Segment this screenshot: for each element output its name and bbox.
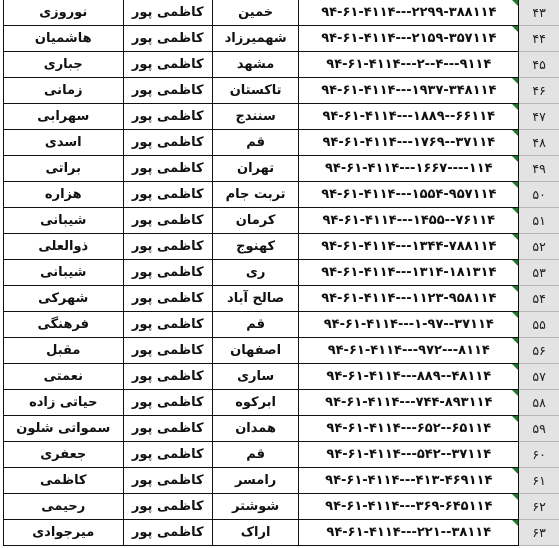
row-number-header[interactable]: ۴۳: [519, 0, 559, 26]
row-number-header[interactable]: ۴۴: [519, 26, 559, 52]
family-name-cell[interactable]: براتی: [4, 156, 124, 182]
table-row: نوروزی کاظمی پور خمین ۹۴-۶۱-۴۱۱۴---۲۲۹۹-…: [4, 0, 559, 26]
row-number-header[interactable]: ۴۷: [519, 104, 559, 130]
code-cell[interactable]: ۹۴-۶۱-۴۱۱۴---۲۲۹۹-۳۸۸۱۱۴: [299, 0, 519, 26]
city-cell[interactable]: تربت جام: [212, 182, 298, 208]
row-number-header[interactable]: ۵۹: [519, 416, 559, 442]
city-cell[interactable]: قم: [212, 442, 298, 468]
table-row: شیبانی کاظمی پور کرمان ۹۴-۶۱-۴۱۱۴---۱۴۵۵…: [4, 208, 559, 234]
city-cell[interactable]: اراک: [212, 520, 298, 546]
table-row: سمواتی شلون کاظمی پور همدان ۹۴-۶۱-۴۱۱۴--…: [4, 416, 559, 442]
surname-cell[interactable]: کاظمی پور: [123, 234, 212, 260]
error-indicator-triangle-icon: [512, 156, 518, 162]
row-number-header[interactable]: ۵۳: [519, 260, 559, 286]
table-row: میرجوادی کاظمی پور اراک ۹۴-۶۱-۴۱۱۴---۲۲۱…: [4, 520, 559, 546]
family-name-cell[interactable]: شیبانی: [4, 260, 124, 286]
row-number-header[interactable]: ۴۸: [519, 130, 559, 156]
error-indicator-triangle-icon: [512, 364, 518, 370]
surname-cell[interactable]: کاظمی پور: [123, 442, 212, 468]
surname-cell[interactable]: کاظمی پور: [123, 520, 212, 546]
family-name-cell[interactable]: حیاتی زاده: [4, 390, 124, 416]
row-number-header[interactable]: ۵۴: [519, 286, 559, 312]
table-row: هزاره کاظمی پور تربت جام ۹۴-۶۱-۴۱۱۴---۱۵…: [4, 182, 559, 208]
table-row: اسدی کاظمی پور قم ۹۴-۶۱-۴۱۱۴---۱۷۶۹--۳۷۱…: [4, 130, 559, 156]
table-row: کاظمی کاظمی پور رامسر ۹۴-۶۱-۴۱۱۴---۴۱۳-۴…: [4, 468, 559, 494]
error-indicator-triangle-icon: [512, 520, 518, 526]
table-row: شهرکی کاظمی پور صالح آباد ۹۴-۶۱-۴۱۱۴---۱…: [4, 286, 559, 312]
code-cell[interactable]: ۹۴-۶۱-۴۱۱۴---۱۱۲۳-۹۵۸۱۱۴: [299, 286, 519, 312]
table-row: سهرابی کاظمی پور سنندج ۹۴-۶۱-۴۱۱۴---۱۸۸۹…: [4, 104, 559, 130]
code-cell[interactable]: ۹۴-۶۱-۴۱۱۴---۱۹۳۷-۳۴۸۱۱۴: [299, 78, 519, 104]
code-cell[interactable]: ۹۴-۶۱-۴۱۱۴---۸۸۹--۴۸۱۱۴: [299, 364, 519, 390]
row-number-header[interactable]: ۵۰: [519, 182, 559, 208]
row-number-header[interactable]: ۶۳: [519, 520, 559, 546]
row-number-header[interactable]: ۵۶: [519, 338, 559, 364]
surname-cell[interactable]: کاظمی پور: [123, 130, 212, 156]
code-cell[interactable]: ۹۴-۶۱-۴۱۱۴---۱۴۵۵--۷۶۱۱۴: [299, 208, 519, 234]
table-row: مقبل کاظمی پور اصفهان ۹۴-۶۱-۴۱۱۴---۹۷۲--…: [4, 338, 559, 364]
table-row: جعفری کاظمی پور قم ۹۴-۶۱-۴۱۱۴---۵۴۲--۳۷۱…: [4, 442, 559, 468]
code-cell[interactable]: ۹۴-۶۱-۴۱۱۴---۲۱۵۹-۳۵۷۱۱۴: [299, 26, 519, 52]
surname-cell[interactable]: کاظمی پور: [123, 390, 212, 416]
family-name-cell[interactable]: سمواتی شلون: [4, 416, 124, 442]
city-cell[interactable]: سنندج: [212, 104, 298, 130]
row-number-header[interactable]: ۴۶: [519, 78, 559, 104]
family-name-cell[interactable]: نعمتی: [4, 364, 124, 390]
family-name-cell[interactable]: شهرکی: [4, 286, 124, 312]
row-number-header[interactable]: ۵۷: [519, 364, 559, 390]
error-indicator-triangle-icon: [512, 390, 518, 396]
code-cell[interactable]: ۹۴-۶۱-۴۱۱۴---۱۷۶۹--۳۷۱۱۴: [299, 130, 519, 156]
family-name-cell[interactable]: رحیمی: [4, 494, 124, 520]
row-number-header[interactable]: ۶۱: [519, 468, 559, 494]
family-name-cell[interactable]: هزاره: [4, 182, 124, 208]
city-cell[interactable]: کهنوج: [212, 234, 298, 260]
code-cell[interactable]: ۹۴-۶۱-۴۱۱۴---۴۱۳-۴۶۹۱۱۴: [299, 468, 519, 494]
city-cell[interactable]: شهمیرزاد: [212, 26, 298, 52]
spreadsheet-table: نوروزی کاظمی پور خمین ۹۴-۶۱-۴۱۱۴---۲۲۹۹-…: [3, 0, 559, 546]
error-indicator-triangle-icon: [512, 494, 518, 500]
table-row: جباری کاظمی پور مشهد ۹۴-۶۱-۴۱۱۴---۲--۴--…: [4, 52, 559, 78]
row-number-header[interactable]: ۴۹: [519, 156, 559, 182]
code-cell[interactable]: ۹۴-۶۱-۴۱۱۴---۱۶۶۷----۱۱۴: [299, 156, 519, 182]
city-cell[interactable]: شوشتر: [212, 494, 298, 520]
code-cell[interactable]: ۹۴-۶۱-۴۱۱۴---۲۲۱--۳۸۱۱۴: [299, 520, 519, 546]
family-name-cell[interactable]: شیبانی: [4, 208, 124, 234]
surname-cell[interactable]: کاظمی پور: [123, 364, 212, 390]
table-row: هاشمیان کاظمی پور شهمیرزاد ۹۴-۶۱-۴۱۱۴---…: [4, 26, 559, 52]
city-cell[interactable]: ری: [212, 260, 298, 286]
code-cell[interactable]: ۹۴-۶۱-۴۱۱۴---۱۵۵۴-۹۵۷۱۱۴: [299, 182, 519, 208]
code-cell[interactable]: ۹۴-۶۱-۴۱۱۴---۹۷۲---۸۱۱۴: [299, 338, 519, 364]
table-row: حیاتی زاده کاظمی پور ابرکوه ۹۴-۶۱-۴۱۱۴--…: [4, 390, 559, 416]
code-cell[interactable]: ۹۴-۶۱-۴۱۱۴---۵۴۲--۳۷۱۱۴: [299, 442, 519, 468]
code-cell[interactable]: ۹۴-۶۱-۴۱۱۴---۷۴۴-۸۹۳۱۱۴: [299, 390, 519, 416]
city-cell[interactable]: قم: [212, 130, 298, 156]
family-name-cell[interactable]: جباری: [4, 52, 124, 78]
family-name-cell[interactable]: مقبل: [4, 338, 124, 364]
surname-cell[interactable]: کاظمی پور: [123, 0, 212, 26]
city-cell[interactable]: تاکستان: [212, 78, 298, 104]
surname-cell[interactable]: کاظمی پور: [123, 338, 212, 364]
surname-cell[interactable]: کاظمی پور: [123, 78, 212, 104]
error-indicator-triangle-icon: [512, 0, 518, 6]
error-indicator-triangle-icon: [512, 312, 518, 318]
family-name-cell[interactable]: اسدی: [4, 130, 124, 156]
table-row: زمانی کاظمی پور تاکستان ۹۴-۶۱-۴۱۱۴---۱۹۳…: [4, 78, 559, 104]
error-indicator-triangle-icon: [512, 182, 518, 188]
city-cell[interactable]: کرمان: [212, 208, 298, 234]
surname-cell[interactable]: کاظمی پور: [123, 26, 212, 52]
city-cell[interactable]: ساری: [212, 364, 298, 390]
row-number-header[interactable]: ۵۵: [519, 312, 559, 338]
error-indicator-triangle-icon: [512, 468, 518, 474]
surname-cell[interactable]: کاظمی پور: [123, 468, 212, 494]
code-cell[interactable]: ۹۴-۶۱-۴۱۱۴---۲--۴---۹۱۱۴: [299, 52, 519, 78]
surname-cell[interactable]: کاظمی پور: [123, 260, 212, 286]
error-indicator-triangle-icon: [512, 286, 518, 292]
table-row: ذوالعلی کاظمی پور کهنوج ۹۴-۶۱-۴۱۱۴---۱۳۴…: [4, 234, 559, 260]
family-name-cell[interactable]: سهرابی: [4, 104, 124, 130]
error-indicator-triangle-icon: [512, 78, 518, 84]
family-name-cell[interactable]: فرهنگی: [4, 312, 124, 338]
city-cell[interactable]: خمین: [212, 0, 298, 26]
row-number-header[interactable]: ۵۸: [519, 390, 559, 416]
error-indicator-triangle-icon: [512, 104, 518, 110]
error-indicator-triangle-icon: [512, 416, 518, 422]
table-row: براتی کاظمی پور تهران ۹۴-۶۱-۴۱۱۴---۱۶۶۷-…: [4, 156, 559, 182]
row-number-header[interactable]: ۶۲: [519, 494, 559, 520]
table-row: فرهنگی کاظمی پور قم ۹۴-۶۱-۴۱۱۴---۱-۹۷--۳…: [4, 312, 559, 338]
city-cell[interactable]: ابرکوه: [212, 390, 298, 416]
code-cell[interactable]: ۹۴-۶۱-۴۱۱۴---۳۶۹-۶۴۵۱۱۴: [299, 494, 519, 520]
row-number-header[interactable]: ۴۵: [519, 52, 559, 78]
code-cell[interactable]: ۹۴-۶۱-۴۱۱۴---۱۸۸۹--۶۶۱۱۴: [299, 104, 519, 130]
code-cell[interactable]: ۹۴-۶۱-۴۱۱۴---۱-۹۷--۳۷۱۱۴: [299, 312, 519, 338]
spreadsheet-body: نوروزی کاظمی پور خمین ۹۴-۶۱-۴۱۱۴---۲۲۹۹-…: [4, 0, 559, 546]
surname-cell[interactable]: کاظمی پور: [123, 312, 212, 338]
row-number-header[interactable]: ۵۲: [519, 234, 559, 260]
city-cell[interactable]: همدان: [212, 416, 298, 442]
family-name-cell[interactable]: جعفری: [4, 442, 124, 468]
surname-cell[interactable]: کاظمی پور: [123, 494, 212, 520]
error-indicator-triangle-icon: [512, 234, 518, 240]
surname-cell[interactable]: کاظمی پور: [123, 52, 212, 78]
surname-cell[interactable]: کاظمی پور: [123, 208, 212, 234]
row-number-header[interactable]: ۶۰: [519, 442, 559, 468]
code-cell[interactable]: ۹۴-۶۱-۴۱۱۴---۱۳۱۴-۱۸۱۳۱۴: [299, 260, 519, 286]
surname-cell[interactable]: کاظمی پور: [123, 286, 212, 312]
table-row: نعمتی کاظمی پور ساری ۹۴-۶۱-۴۱۱۴---۸۸۹--۴…: [4, 364, 559, 390]
family-name-cell[interactable]: هاشمیان: [4, 26, 124, 52]
city-cell[interactable]: تهران: [212, 156, 298, 182]
city-cell[interactable]: اصفهان: [212, 338, 298, 364]
family-name-cell[interactable]: نوروزی: [4, 0, 124, 26]
error-indicator-triangle-icon: [512, 208, 518, 214]
row-number-header[interactable]: ۵۱: [519, 208, 559, 234]
error-indicator-triangle-icon: [512, 130, 518, 136]
family-name-cell[interactable]: کاظمی: [4, 468, 124, 494]
family-name-cell[interactable]: ذوالعلی: [4, 234, 124, 260]
surname-cell[interactable]: کاظمی پور: [123, 182, 212, 208]
table-row: شیبانی کاظمی پور ری ۹۴-۶۱-۴۱۱۴---۱۳۱۴-۱۸…: [4, 260, 559, 286]
error-indicator-triangle-icon: [512, 338, 518, 344]
table-row: رحیمی کاظمی پور شوشتر ۹۴-۶۱-۴۱۱۴---۳۶۹-۶…: [4, 494, 559, 520]
city-cell[interactable]: مشهد: [212, 52, 298, 78]
surname-cell[interactable]: کاظمی پور: [123, 156, 212, 182]
city-cell[interactable]: رامسر: [212, 468, 298, 494]
surname-cell[interactable]: کاظمی پور: [123, 104, 212, 130]
code-cell[interactable]: ۹۴-۶۱-۴۱۱۴---۶۵۲--۶۵۱۱۴: [299, 416, 519, 442]
city-cell[interactable]: قم: [212, 312, 298, 338]
code-cell[interactable]: ۹۴-۶۱-۴۱۱۴---۱۳۴۴-۷۸۸۱۱۴: [299, 234, 519, 260]
error-indicator-triangle-icon: [512, 260, 518, 266]
error-indicator-triangle-icon: [512, 26, 518, 32]
city-cell[interactable]: صالح آباد: [212, 286, 298, 312]
family-name-cell[interactable]: زمانی: [4, 78, 124, 104]
family-name-cell[interactable]: میرجوادی: [4, 520, 124, 546]
surname-cell[interactable]: کاظمی پور: [123, 416, 212, 442]
